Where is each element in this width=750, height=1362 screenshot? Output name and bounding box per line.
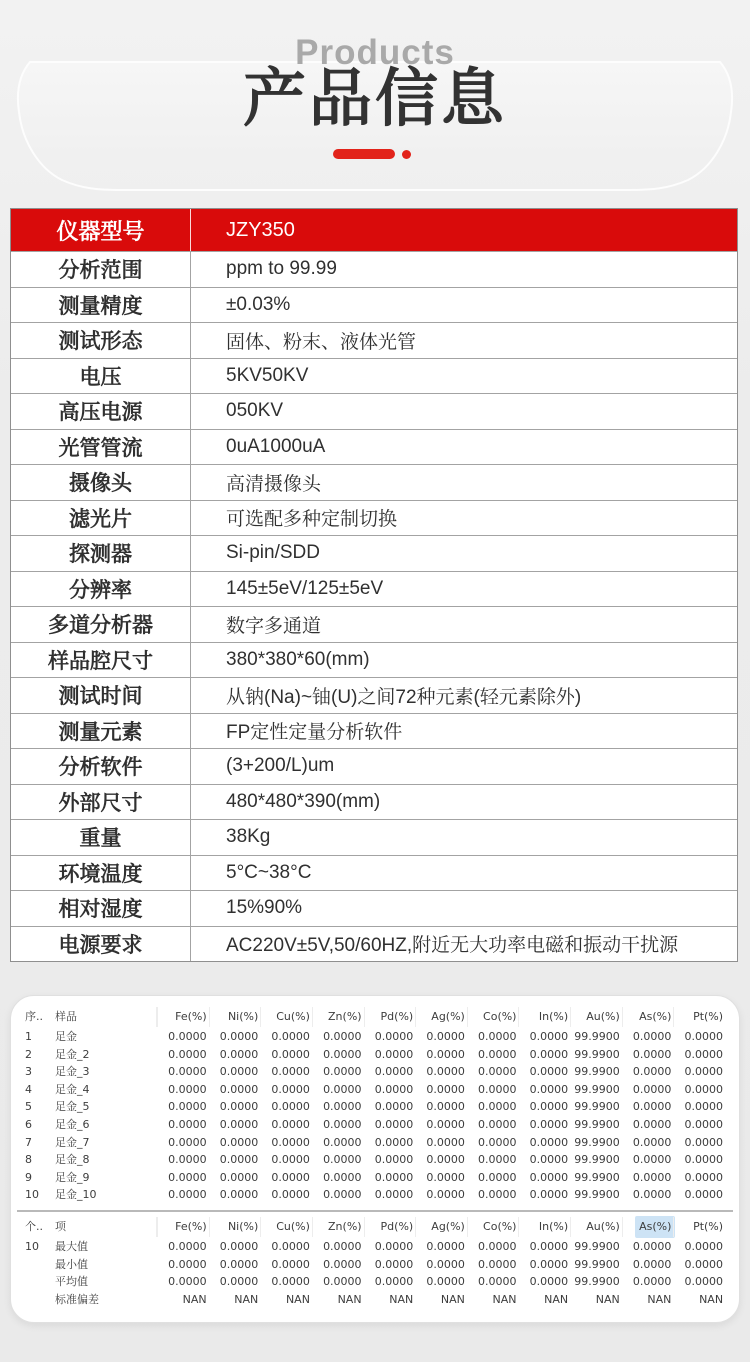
spec-row: 电源要求AC220V±5V,50/60HZ,附近无大功率电磁和振动干扰源 — [11, 926, 737, 962]
grid-header-element: As(%) — [622, 1217, 674, 1237]
grid-cell-value: 0.0000 — [622, 1256, 674, 1274]
grid-cell-value: 0.0000 — [467, 1028, 519, 1046]
grid-cell-name: 足金_7 — [55, 1134, 157, 1152]
grid-cell-value: 0.0000 — [467, 1273, 519, 1291]
spec-row: 滤光片可选配多种定制切换 — [11, 500, 737, 536]
grid-cell-index: 7 — [25, 1134, 55, 1152]
spec-row: 高压电源050KV — [11, 393, 737, 429]
grid-cell-value: 0.0000 — [415, 1169, 467, 1187]
grid-header-element: Cu(%) — [260, 1217, 312, 1237]
grid-cell-value: 0.0000 — [673, 1046, 725, 1064]
spec-header-label: 仪器型号 — [11, 209, 191, 251]
grid-cell-value: 0.0000 — [518, 1081, 570, 1099]
grid-cell-value: 0.0000 — [260, 1151, 312, 1169]
grid-cell-name: 足金_3 — [55, 1063, 157, 1081]
grid-cell-value: 0.0000 — [157, 1169, 209, 1187]
grid-header-index: 序.. — [25, 1007, 55, 1027]
spec-row: 分辨率145±5eV/125±5eV — [11, 571, 737, 607]
grid-cell-name: 足金 — [55, 1028, 157, 1046]
grid-cell-value: 0.0000 — [622, 1116, 674, 1134]
grid-cell-index: 10 — [25, 1238, 55, 1256]
grid-cell-value: 99.9900 — [570, 1169, 622, 1187]
grid-header-element: In(%) — [518, 1007, 570, 1027]
grid-cell-value: 0.0000 — [157, 1081, 209, 1099]
grid-cell-value: 0.0000 — [312, 1169, 364, 1187]
grid-cell-value: 0.0000 — [312, 1116, 364, 1134]
grid-cell-value: 99.9900 — [570, 1134, 622, 1152]
spec-row-label: 相对湿度 — [11, 891, 191, 926]
spec-row-value: 5°C~38°C — [191, 856, 737, 891]
grid-cell-value: NAN — [364, 1291, 416, 1309]
grid-cell-value: 0.0000 — [622, 1063, 674, 1081]
grid-cell-value: 99.9900 — [570, 1256, 622, 1274]
grid-cell-value: 99.9900 — [570, 1063, 622, 1081]
grid-header-element: Zn(%) — [312, 1007, 364, 1027]
grid-cell-value: 0.0000 — [518, 1046, 570, 1064]
grid-cell-value: 0.0000 — [415, 1063, 467, 1081]
spec-row: 样品腔尺寸380*380*60(mm) — [11, 642, 737, 678]
grid-cell-value: 0.0000 — [673, 1151, 725, 1169]
spec-row-label: 外部尺寸 — [11, 785, 191, 820]
grid-cell-name: 足金_9 — [55, 1169, 157, 1187]
spec-row: 分析范围ppm to 99.99 — [11, 251, 737, 287]
grid-cell-value: 0.0000 — [260, 1098, 312, 1116]
grid-cell-value: 0.0000 — [209, 1151, 261, 1169]
grid-cell-value: 0.0000 — [209, 1116, 261, 1134]
grid-header-index: 个.. — [25, 1217, 55, 1237]
grid-cell-value: 0.0000 — [673, 1273, 725, 1291]
spec-row-value: AC220V±5V,50/60HZ,附近无大功率电磁和振动干扰源 — [191, 927, 737, 962]
underline-dot — [402, 150, 411, 159]
spec-row-label: 分析范围 — [11, 252, 191, 287]
spec-row: 分析软件(3+200/L)um — [11, 748, 737, 784]
spec-row: 测试形态固体、粉末、液体光管 — [11, 322, 737, 358]
grid-cell-index: 5 — [25, 1098, 55, 1116]
grid-header-name: 项 — [55, 1217, 157, 1237]
grid-cell-value: 0.0000 — [467, 1134, 519, 1152]
grid-cell-value: 0.0000 — [415, 1273, 467, 1291]
spec-row-label: 多道分析器 — [11, 607, 191, 642]
grid-cell-value: 0.0000 — [364, 1256, 416, 1274]
grid-cell-value: 0.0000 — [364, 1151, 416, 1169]
spec-row-value: ±0.03% — [191, 288, 737, 323]
spec-row-label: 高压电源 — [11, 394, 191, 429]
spec-table-body: 分析范围ppm to 99.99测量精度±0.03%测试形态固体、粉末、液体光管… — [11, 251, 737, 961]
grid-cell-value: 99.9900 — [570, 1273, 622, 1291]
grid-data-row: 4足金_40.00000.00000.00000.00000.00000.000… — [25, 1081, 725, 1099]
grid-cell-index: 8 — [25, 1151, 55, 1169]
results-panel: 序..样品Fe(%)Ni(%)Cu(%)Zn(%)Pd(%)Ag(%)Co(%)… — [10, 995, 740, 1323]
grid-cell-value: 0.0000 — [467, 1238, 519, 1256]
grid-cell-value: 0.0000 — [622, 1238, 674, 1256]
grid-cell-value: 0.0000 — [673, 1063, 725, 1081]
grid-cell-value: 0.0000 — [673, 1098, 725, 1116]
grid-cell-value: 0.0000 — [415, 1116, 467, 1134]
grid-header-element: Ni(%) — [209, 1217, 261, 1237]
grid-cell-name: 足金_5 — [55, 1098, 157, 1116]
grid-cell-value: 0.0000 — [467, 1116, 519, 1134]
spec-row-label: 样品腔尺寸 — [11, 643, 191, 678]
grid-cell-value: NAN — [622, 1291, 674, 1309]
grid-cell-value: 0.0000 — [622, 1046, 674, 1064]
grid-cell-value: 0.0000 — [364, 1081, 416, 1099]
spec-row-value: 数字多通道 — [191, 607, 737, 642]
spec-row-label: 测试时间 — [11, 678, 191, 713]
grid-data-row: 平均值0.00000.00000.00000.00000.00000.00000… — [25, 1273, 725, 1291]
grid-cell-index: 2 — [25, 1046, 55, 1064]
spec-row: 探测器Si-pin/SDD — [11, 535, 737, 571]
spec-row-value: (3+200/L)um — [191, 749, 737, 784]
grid-cell-value: 0.0000 — [364, 1116, 416, 1134]
grid-cell-value: 0.0000 — [622, 1186, 674, 1204]
spec-row-label: 电源要求 — [11, 927, 191, 962]
grid-header-element: Pd(%) — [364, 1007, 416, 1027]
spec-row: 测试时间从钠(Na)~铀(U)之间72种元素(轻元素除外) — [11, 677, 737, 713]
grid-cell-value: 0.0000 — [467, 1186, 519, 1204]
spec-row: 电压5KV50KV — [11, 358, 737, 394]
grid-cell-value: 99.9900 — [570, 1046, 622, 1064]
spec-row-value: 050KV — [191, 394, 737, 429]
grid-header-element: As(%) — [622, 1007, 674, 1027]
spec-row-value: 固体、粉末、液体光管 — [191, 323, 737, 358]
grid-data-row: 最小值0.00000.00000.00000.00000.00000.00000… — [25, 1256, 725, 1274]
grid-cell-value: NAN — [467, 1291, 519, 1309]
grid-cell-value: 0.0000 — [364, 1028, 416, 1046]
grid-cell-value: 0.0000 — [209, 1256, 261, 1274]
grid-cell-value: 0.0000 — [622, 1028, 674, 1046]
grid-cell-value: 0.0000 — [364, 1238, 416, 1256]
spec-header-value: JZY350 — [191, 209, 737, 251]
grid-cell-value: 0.0000 — [312, 1028, 364, 1046]
grid-cell-value: 0.0000 — [673, 1134, 725, 1152]
spec-header-row: 仪器型号 JZY350 — [11, 209, 737, 251]
grid-cell-value: 0.0000 — [622, 1151, 674, 1169]
grid-cell-value: 0.0000 — [415, 1046, 467, 1064]
grid-cell-value: 0.0000 — [467, 1063, 519, 1081]
grid-cell-index: 4 — [25, 1081, 55, 1099]
grid-header-element: Fe(%) — [157, 1217, 209, 1237]
spec-row-label: 分析软件 — [11, 749, 191, 784]
spec-row-value: 高清摄像头 — [191, 465, 737, 500]
grid-cell-value: 0.0000 — [312, 1134, 364, 1152]
grid-cell-value: 0.0000 — [260, 1256, 312, 1274]
spec-row-label: 环境温度 — [11, 856, 191, 891]
grid-cell-value: 0.0000 — [364, 1273, 416, 1291]
grid-cell-value: 0.0000 — [260, 1186, 312, 1204]
grid-cell-value: 0.0000 — [415, 1151, 467, 1169]
grid-cell-value: 0.0000 — [260, 1116, 312, 1134]
grid-cell-name: 足金_4 — [55, 1081, 157, 1099]
spec-row: 测量元素FP定性定量分析软件 — [11, 713, 737, 749]
grid-cell-value: 0.0000 — [622, 1081, 674, 1099]
grid-cell-value: 99.9900 — [570, 1238, 622, 1256]
grid-cell-value: 0.0000 — [364, 1046, 416, 1064]
grid-cell-value: NAN — [260, 1291, 312, 1309]
grid-cell-value: 99.9900 — [570, 1028, 622, 1046]
product-info-page: { "header": { "eyebrow": "Products", "ti… — [0, 0, 750, 1362]
grid-header-element: In(%) — [518, 1217, 570, 1237]
grid-cell-value: 0.0000 — [157, 1116, 209, 1134]
underline-bar — [333, 149, 395, 159]
grid-cell-value: 0.0000 — [673, 1238, 725, 1256]
grid-data-row: 9足金_90.00000.00000.00000.00000.00000.000… — [25, 1169, 725, 1187]
grid-cell-value: 0.0000 — [157, 1256, 209, 1274]
grid-cell-value: 0.0000 — [518, 1186, 570, 1204]
spec-row-label: 测试形态 — [11, 323, 191, 358]
spec-row-value: ppm to 99.99 — [191, 252, 737, 287]
results-table-summary: 个..项Fe(%)Ni(%)Cu(%)Zn(%)Pd(%)Ag(%)Co(%)I… — [25, 1217, 725, 1308]
spec-row-value: Si-pin/SDD — [191, 536, 737, 571]
spec-row-label: 光管管流 — [11, 430, 191, 465]
grid-data-row: 2足金_20.00000.00000.00000.00000.00000.000… — [25, 1046, 725, 1064]
spec-row: 外部尺寸480*480*390(mm) — [11, 784, 737, 820]
grid-header-row: 个..项Fe(%)Ni(%)Cu(%)Zn(%)Pd(%)Ag(%)Co(%)I… — [25, 1217, 725, 1237]
grid-cell-value: NAN — [518, 1291, 570, 1309]
grid-cell-value: 0.0000 — [673, 1169, 725, 1187]
spec-row: 摄像头高清摄像头 — [11, 464, 737, 500]
grid-cell-value: 0.0000 — [157, 1028, 209, 1046]
grid-cell-value: 0.0000 — [312, 1256, 364, 1274]
grid-cell-value: 0.0000 — [467, 1098, 519, 1116]
grid-cell-value: 0.0000 — [312, 1273, 364, 1291]
results-table-samples: 序..样品Fe(%)Ni(%)Cu(%)Zn(%)Pd(%)Ag(%)Co(%)… — [25, 1007, 725, 1204]
grid-cell-value: NAN — [570, 1291, 622, 1309]
grid-cell-value: 0.0000 — [518, 1273, 570, 1291]
grid-cell-value: 0.0000 — [209, 1098, 261, 1116]
spec-row: 多道分析器数字多通道 — [11, 606, 737, 642]
spec-row-label: 探测器 — [11, 536, 191, 571]
grid-cell-value: 0.0000 — [260, 1081, 312, 1099]
spec-row-value: 从钠(Na)~铀(U)之间72种元素(轻元素除外) — [191, 678, 737, 713]
spec-row-label: 测量元素 — [11, 714, 191, 749]
grid-cell-value: 99.9900 — [570, 1098, 622, 1116]
grid-cell-value: 0.0000 — [467, 1256, 519, 1274]
grid-cell-value: 0.0000 — [518, 1134, 570, 1152]
grid-cell-name: 标准偏差 — [55, 1291, 157, 1309]
spec-row-label: 电压 — [11, 359, 191, 394]
grid-cell-value: 0.0000 — [622, 1273, 674, 1291]
spec-row: 相对湿度15%90% — [11, 890, 737, 926]
grid-cell-value: 0.0000 — [157, 1134, 209, 1152]
grid-cell-value: 0.0000 — [157, 1238, 209, 1256]
grid-cell-name: 平均值 — [55, 1273, 157, 1291]
grid-cell-index: 3 — [25, 1063, 55, 1081]
grid-cell-name: 足金_8 — [55, 1151, 157, 1169]
tables-divider — [17, 1210, 733, 1212]
grid-cell-value: 0.0000 — [312, 1151, 364, 1169]
grid-cell-value: 99.9900 — [570, 1081, 622, 1099]
grid-cell-value: 0.0000 — [673, 1186, 725, 1204]
grid-cell-value: 0.0000 — [157, 1098, 209, 1116]
grid-cell-value: NAN — [673, 1291, 725, 1309]
grid-header-element: Pd(%) — [364, 1217, 416, 1237]
grid-cell-name: 足金_2 — [55, 1046, 157, 1064]
grid-cell-value: 0.0000 — [673, 1116, 725, 1134]
grid-cell-value: 0.0000 — [467, 1046, 519, 1064]
grid-cell-index: 9 — [25, 1169, 55, 1187]
grid-data-row: 8足金_80.00000.00000.00000.00000.00000.000… — [25, 1151, 725, 1169]
grid-data-row: 标准偏差NANNANNANNANNANNANNANNANNANNANNAN — [25, 1291, 725, 1309]
grid-cell-value: 0.0000 — [209, 1028, 261, 1046]
grid-header-element: Pt(%) — [673, 1217, 725, 1237]
grid-cell-value: 0.0000 — [518, 1063, 570, 1081]
grid-header-element-highlighted: As(%) — [635, 1216, 675, 1238]
grid-cell-value: 0.0000 — [157, 1046, 209, 1064]
grid-cell-index: 1 — [25, 1028, 55, 1046]
grid-cell-value: 0.0000 — [312, 1238, 364, 1256]
grid-cell-value: 99.9900 — [570, 1151, 622, 1169]
grid-cell-value: 0.0000 — [364, 1186, 416, 1204]
grid-header-element: Zn(%) — [312, 1217, 364, 1237]
grid-cell-value: 0.0000 — [260, 1238, 312, 1256]
grid-cell-value: 0.0000 — [209, 1186, 261, 1204]
grid-cell-index: 6 — [25, 1116, 55, 1134]
grid-data-row: 10最大值0.00000.00000.00000.00000.00000.000… — [25, 1238, 725, 1256]
grid-cell-value: NAN — [312, 1291, 364, 1309]
grid-cell-value: 0.0000 — [312, 1046, 364, 1064]
grid-data-row: 7足金_70.00000.00000.00000.00000.00000.000… — [25, 1134, 725, 1152]
grid-cell-value: 0.0000 — [518, 1028, 570, 1046]
grid-cell-value: 0.0000 — [415, 1134, 467, 1152]
spec-table: 仪器型号 JZY350 分析范围ppm to 99.99测量精度±0.03%测试… — [10, 208, 738, 962]
spec-row: 光管管流0uA1000uA — [11, 429, 737, 465]
spec-row-value: 480*480*390(mm) — [191, 785, 737, 820]
spec-row-value: FP定性定量分析软件 — [191, 714, 737, 749]
grid-cell-value: 0.0000 — [415, 1256, 467, 1274]
grid-cell-value: 0.0000 — [518, 1116, 570, 1134]
spec-row: 重量38Kg — [11, 819, 737, 855]
page-title: 产品信息 — [0, 63, 750, 135]
spec-row-value: 15%90% — [191, 891, 737, 926]
grid-header-element: Cu(%) — [260, 1007, 312, 1027]
grid-cell-value: 0.0000 — [312, 1098, 364, 1116]
grid-data-row: 5足金_50.00000.00000.00000.00000.00000.000… — [25, 1098, 725, 1116]
grid-data-row: 3足金_30.00000.00000.00000.00000.00000.000… — [25, 1063, 725, 1081]
grid-cell-value: 0.0000 — [260, 1063, 312, 1081]
grid-cell-value: 0.0000 — [622, 1134, 674, 1152]
grid-header-element: Au(%) — [570, 1007, 622, 1027]
grid-cell-value: 0.0000 — [209, 1169, 261, 1187]
spec-row-value: 380*380*60(mm) — [191, 643, 737, 678]
spec-row-label: 滤光片 — [11, 501, 191, 536]
grid-cell-value: 0.0000 — [467, 1169, 519, 1187]
grid-cell-value: 0.0000 — [157, 1063, 209, 1081]
spec-row-value: 145±5eV/125±5eV — [191, 572, 737, 607]
grid-cell-value: 0.0000 — [673, 1081, 725, 1099]
grid-cell-value: 0.0000 — [157, 1273, 209, 1291]
spec-row-value: 0uA1000uA — [191, 430, 737, 465]
grid-data-row: 10足金_100.00000.00000.00000.00000.00000.0… — [25, 1186, 725, 1204]
grid-cell-value: 0.0000 — [467, 1151, 519, 1169]
spec-row: 测量精度±0.03% — [11, 287, 737, 323]
grid-cell-value: 0.0000 — [260, 1169, 312, 1187]
grid-cell-value: 0.0000 — [209, 1273, 261, 1291]
grid-cell-value: 0.0000 — [518, 1151, 570, 1169]
grid-header-element: Au(%) — [570, 1217, 622, 1237]
grid-cell-value: NAN — [415, 1291, 467, 1309]
grid-cell-value: 0.0000 — [622, 1098, 674, 1116]
grid-cell-value: 0.0000 — [157, 1151, 209, 1169]
grid-cell-value: 0.0000 — [518, 1256, 570, 1274]
grid-cell-value: 0.0000 — [260, 1134, 312, 1152]
spec-row-value: 可选配多种定制切换 — [191, 501, 737, 536]
grid-cell-name: 最大值 — [55, 1238, 157, 1256]
spec-row-label: 测量精度 — [11, 288, 191, 323]
spec-row-label: 摄像头 — [11, 465, 191, 500]
grid-cell-value: 0.0000 — [260, 1046, 312, 1064]
page-header: Products 产品信息 — [0, 0, 750, 208]
grid-cell-value: 0.0000 — [157, 1186, 209, 1204]
grid-cell-value: 0.0000 — [518, 1098, 570, 1116]
grid-cell-value: 0.0000 — [467, 1081, 519, 1099]
grid-data-row: 1足金0.00000.00000.00000.00000.00000.00000… — [25, 1028, 725, 1046]
grid-cell-value: 0.0000 — [312, 1081, 364, 1099]
title-underline-decoration — [0, 149, 747, 159]
grid-cell-value: 0.0000 — [415, 1186, 467, 1204]
grid-header-row: 序..样品Fe(%)Ni(%)Cu(%)Zn(%)Pd(%)Ag(%)Co(%)… — [25, 1007, 725, 1027]
grid-header-element: Ag(%) — [415, 1007, 467, 1027]
grid-header-element: Pt(%) — [673, 1007, 725, 1027]
grid-cell-value: 0.0000 — [673, 1028, 725, 1046]
grid-cell-value: NAN — [209, 1291, 261, 1309]
grid-cell-value: 0.0000 — [518, 1238, 570, 1256]
grid-header-element: Co(%) — [467, 1007, 519, 1027]
grid-cell-value: 99.9900 — [570, 1116, 622, 1134]
grid-cell-value: 0.0000 — [673, 1256, 725, 1274]
grid-cell-value: 0.0000 — [415, 1081, 467, 1099]
grid-header-element: Fe(%) — [157, 1007, 209, 1027]
grid-cell-value: 0.0000 — [518, 1169, 570, 1187]
grid-cell-value: 0.0000 — [364, 1063, 416, 1081]
grid-cell-value: 0.0000 — [209, 1063, 261, 1081]
grid-cell-value: 0.0000 — [312, 1186, 364, 1204]
spec-row: 环境温度5°C~38°C — [11, 855, 737, 891]
grid-cell-value: 0.0000 — [209, 1134, 261, 1152]
grid-cell-name: 最小值 — [55, 1256, 157, 1274]
grid-cell-value: 0.0000 — [364, 1169, 416, 1187]
spec-row-value: 5KV50KV — [191, 359, 737, 394]
grid-cell-value: 0.0000 — [415, 1238, 467, 1256]
spec-row-value: 38Kg — [191, 820, 737, 855]
spec-row-label: 重量 — [11, 820, 191, 855]
grid-cell-value: NAN — [157, 1291, 209, 1309]
grid-cell-value: 0.0000 — [622, 1169, 674, 1187]
grid-cell-value: 0.0000 — [209, 1081, 261, 1099]
grid-cell-value: 0.0000 — [260, 1273, 312, 1291]
grid-header-name: 样品 — [55, 1007, 157, 1027]
grid-cell-value: 0.0000 — [209, 1238, 261, 1256]
grid-cell-value: 0.0000 — [364, 1134, 416, 1152]
grid-header-element: Co(%) — [467, 1217, 519, 1237]
grid-cell-value: 0.0000 — [260, 1028, 312, 1046]
grid-cell-value: 0.0000 — [364, 1098, 416, 1116]
grid-header-element: Ag(%) — [415, 1217, 467, 1237]
grid-cell-index: 10 — [25, 1186, 55, 1204]
grid-cell-name: 足金_6 — [55, 1116, 157, 1134]
grid-header-element: Ni(%) — [209, 1007, 261, 1027]
grid-cell-value: 0.0000 — [415, 1098, 467, 1116]
spec-row-label: 分辨率 — [11, 572, 191, 607]
grid-cell-value: 99.9900 — [570, 1186, 622, 1204]
grid-cell-value: 0.0000 — [312, 1063, 364, 1081]
grid-cell-name: 足金_10 — [55, 1186, 157, 1204]
grid-cell-value: 0.0000 — [415, 1028, 467, 1046]
grid-data-row: 6足金_60.00000.00000.00000.00000.00000.000… — [25, 1116, 725, 1134]
grid-cell-value: 0.0000 — [209, 1046, 261, 1064]
